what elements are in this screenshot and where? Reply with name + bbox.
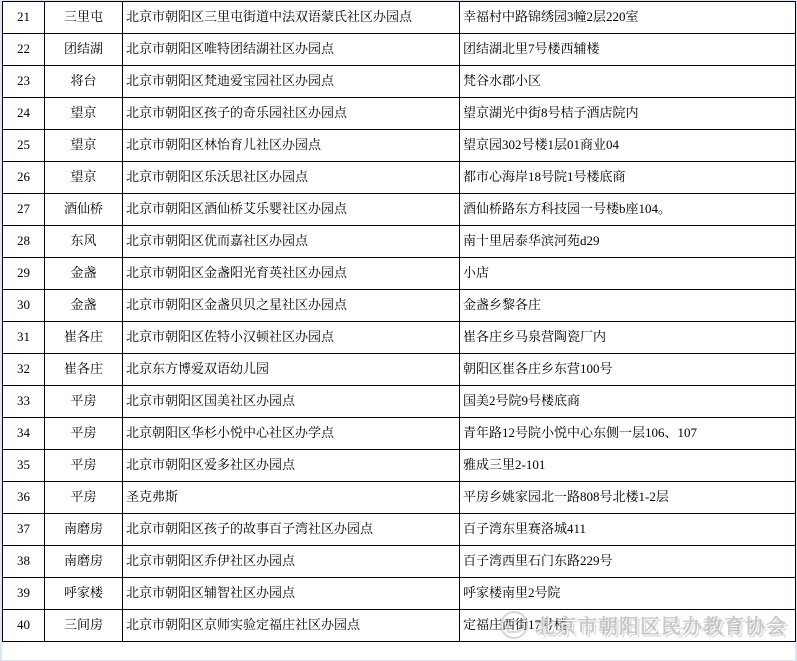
address-cell: 望京园302号楼1层01商业04 <box>460 130 796 162</box>
address-cell: 百子湾东里赛洛城411 <box>460 514 796 546</box>
address-cell: 呼家楼南里2号院 <box>460 578 796 610</box>
institution-cell: 北京市朝阳区乔伊社区办园点 <box>123 546 460 578</box>
row-number-cell: 28 <box>3 226 45 258</box>
institution-cell: 北京市朝阳区金盏阳光育英社区办园点 <box>123 258 460 290</box>
address-cell: 小店 <box>460 258 796 290</box>
institution-cell: 北京市朝阳区孩子的故事百子湾社区办园点 <box>123 514 460 546</box>
institution-cell: 北京市朝阳区孩子的奇乐园社区办园点 <box>123 98 460 130</box>
institution-cell: 北京市朝阳区林怡育儿社区办园点 <box>123 130 460 162</box>
address-cell: 雅成三里2-101 <box>460 450 796 482</box>
row-number-cell: 31 <box>3 322 45 354</box>
row-number-cell: 33 <box>3 386 45 418</box>
screenshot-page: 21三里屯北京市朝阳区三里屯街道中法双语蒙氏社区办园点幸福村中路锦绣园3幢2层2… <box>0 0 797 661</box>
row-number-cell: 36 <box>3 482 45 514</box>
institution-cell: 北京市朝阳区梵迪爱宝园社区办园点 <box>123 66 460 98</box>
institution-cell: 北京朝阳区华杉小悦中心社区办学点 <box>123 418 460 450</box>
district-cell: 三间房 <box>45 610 123 642</box>
table-row: 22团结湖北京市朝阳区唯特团结湖社区办园点团结湖北里7号楼西辅楼 <box>3 34 796 66</box>
table-row: 38南磨房北京市朝阳区乔伊社区办园点百子湾西里石门东路229号 <box>3 546 796 578</box>
district-cell: 南磨房 <box>45 546 123 578</box>
address-cell: 崔各庄乡马泉营陶瓷厂内 <box>460 322 796 354</box>
district-cell: 金盏 <box>45 258 123 290</box>
table-body: 21三里屯北京市朝阳区三里屯街道中法双语蒙氏社区办园点幸福村中路锦绣园3幢2层2… <box>3 2 796 642</box>
row-number-cell: 30 <box>3 290 45 322</box>
institution-cell: 北京市朝阳区乐沃思社区办园点 <box>123 162 460 194</box>
institution-cell: 北京市朝阳区唯特团结湖社区办园点 <box>123 34 460 66</box>
row-number-cell: 26 <box>3 162 45 194</box>
address-cell: 青年路12号院小悦中心东侧一层106、107 <box>460 418 796 450</box>
district-cell: 呼家楼 <box>45 578 123 610</box>
district-cell: 崔各庄 <box>45 322 123 354</box>
row-number-cell: 38 <box>3 546 45 578</box>
institution-cell: 北京市朝阳区三里屯街道中法双语蒙氏社区办园点 <box>123 2 460 34</box>
row-number-cell: 23 <box>3 66 45 98</box>
institution-cell: 北京市朝阳区优而嘉社区办园点 <box>123 226 460 258</box>
table-row: 30金盏北京市朝阳区金盏贝贝之星社区办园点金盏乡黎各庄 <box>3 290 796 322</box>
institution-cell: 北京市朝阳区酒仙桥艾乐婴社区办园点 <box>123 194 460 226</box>
row-number-cell: 37 <box>3 514 45 546</box>
district-cell: 望京 <box>45 162 123 194</box>
district-cell: 东风 <box>45 226 123 258</box>
row-number-cell: 34 <box>3 418 45 450</box>
row-number-cell: 39 <box>3 578 45 610</box>
row-number-cell: 40 <box>3 610 45 642</box>
address-cell: 朝阳区崔各庄乡东营100号 <box>460 354 796 386</box>
table: 21三里屯北京市朝阳区三里屯街道中法双语蒙氏社区办园点幸福村中路锦绣园3幢2层2… <box>2 1 796 642</box>
table-row: 28东风北京市朝阳区优而嘉社区办园点南十里居泰华滨河苑d29 <box>3 226 796 258</box>
table-row: 23将台北京市朝阳区梵迪爱宝园社区办园点梵谷水郡小区 <box>3 66 796 98</box>
district-cell: 平房 <box>45 450 123 482</box>
address-cell: 定福庄西街17号楼 <box>460 610 796 642</box>
address-cell: 梵谷水郡小区 <box>460 66 796 98</box>
district-cell: 三里屯 <box>45 2 123 34</box>
table-row: 29金盏北京市朝阳区金盏阳光育英社区办园点小店 <box>3 258 796 290</box>
table-row: 40三间房北京市朝阳区京师实验定福庄社区办园点定福庄西街17号楼 <box>3 610 796 642</box>
institution-cell: 北京东方博爱双语幼儿园 <box>123 354 460 386</box>
address-cell: 酒仙桥路东方科技园一号楼b座104。 <box>460 194 796 226</box>
row-number-cell: 24 <box>3 98 45 130</box>
institution-cell: 北京市朝阳区金盏贝贝之星社区办园点 <box>123 290 460 322</box>
address-cell: 国美2号院9号楼底商 <box>460 386 796 418</box>
address-cell: 团结湖北里7号楼西辅楼 <box>460 34 796 66</box>
community-kindergarten-table: 21三里屯北京市朝阳区三里屯街道中法双语蒙氏社区办园点幸福村中路锦绣园3幢2层2… <box>2 1 795 660</box>
address-cell: 望京湖光中街8号桔子酒店院内 <box>460 98 796 130</box>
address-cell: 百子湾西里石门东路229号 <box>460 546 796 578</box>
row-number-cell: 27 <box>3 194 45 226</box>
row-number-cell: 21 <box>3 2 45 34</box>
table-row: 27酒仙桥北京市朝阳区酒仙桥艾乐婴社区办园点酒仙桥路东方科技园一号楼b座104。 <box>3 194 796 226</box>
row-number-cell: 35 <box>3 450 45 482</box>
row-number-cell: 32 <box>3 354 45 386</box>
district-cell: 金盏 <box>45 290 123 322</box>
institution-cell: 北京市朝阳区京师实验定福庄社区办园点 <box>123 610 460 642</box>
institution-cell: 北京市朝阳区爱多社区办园点 <box>123 450 460 482</box>
institution-cell: 圣克弗斯 <box>123 482 460 514</box>
table-row: 39呼家楼北京市朝阳区辅智社区办园点呼家楼南里2号院 <box>3 578 796 610</box>
district-cell: 望京 <box>45 98 123 130</box>
district-cell: 南磨房 <box>45 514 123 546</box>
district-cell: 平房 <box>45 386 123 418</box>
table-row: 34平房北京朝阳区华杉小悦中心社区办学点青年路12号院小悦中心东侧一层106、1… <box>3 418 796 450</box>
district-cell: 平房 <box>45 482 123 514</box>
district-cell: 团结湖 <box>45 34 123 66</box>
district-cell: 将台 <box>45 66 123 98</box>
table-row: 35平房北京市朝阳区爱多社区办园点雅成三里2-101 <box>3 450 796 482</box>
address-cell: 平房乡姚家园北一路808号北楼1-2层 <box>460 482 796 514</box>
institution-cell: 北京市朝阳区辅智社区办园点 <box>123 578 460 610</box>
row-number-cell: 29 <box>3 258 45 290</box>
address-cell: 南十里居泰华滨河苑d29 <box>460 226 796 258</box>
table-row: 26望京北京市朝阳区乐沃思社区办园点都市心海岸18号院1号楼底商 <box>3 162 796 194</box>
table-row: 24望京北京市朝阳区孩子的奇乐园社区办园点望京湖光中街8号桔子酒店院内 <box>3 98 796 130</box>
district-cell: 崔各庄 <box>45 354 123 386</box>
table-row: 37南磨房北京市朝阳区孩子的故事百子湾社区办园点百子湾东里赛洛城411 <box>3 514 796 546</box>
row-number-cell: 22 <box>3 34 45 66</box>
address-cell: 幸福村中路锦绣园3幢2层220室 <box>460 2 796 34</box>
address-cell: 金盏乡黎各庄 <box>460 290 796 322</box>
district-cell: 酒仙桥 <box>45 194 123 226</box>
district-cell: 望京 <box>45 130 123 162</box>
table-row: 36平房圣克弗斯平房乡姚家园北一路808号北楼1-2层 <box>3 482 796 514</box>
table-row: 33平房北京市朝阳区国美社区办园点国美2号院9号楼底商 <box>3 386 796 418</box>
institution-cell: 北京市朝阳区国美社区办园点 <box>123 386 460 418</box>
row-number-cell: 25 <box>3 130 45 162</box>
table-row: 21三里屯北京市朝阳区三里屯街道中法双语蒙氏社区办园点幸福村中路锦绣园3幢2层2… <box>3 2 796 34</box>
institution-cell: 北京市朝阳区佐特小汉顿社区办园点 <box>123 322 460 354</box>
table-row: 32崔各庄北京东方博爱双语幼儿园朝阳区崔各庄乡东营100号 <box>3 354 796 386</box>
table-row: 31崔各庄北京市朝阳区佐特小汉顿社区办园点崔各庄乡马泉营陶瓷厂内 <box>3 322 796 354</box>
table-row: 25望京北京市朝阳区林怡育儿社区办园点望京园302号楼1层01商业04 <box>3 130 796 162</box>
address-cell: 都市心海岸18号院1号楼底商 <box>460 162 796 194</box>
district-cell: 平房 <box>45 418 123 450</box>
